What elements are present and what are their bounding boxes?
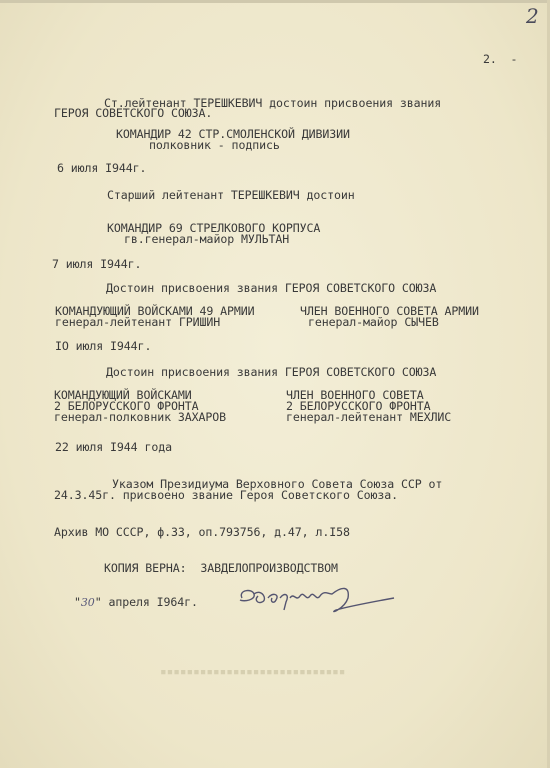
handwritten-signature — [232, 580, 402, 620]
copy-certified: КОПИЯ ВЕРНА: ЗАВДЕЛОПРОИЗВОДСТВОМ — [104, 562, 338, 575]
signature-block-3-left-name: генерал-лейтенант ГРИШИН — [55, 316, 220, 329]
archive-reference: Архив МО СССР, ф.33, оп.793756, д.47, л.… — [54, 526, 350, 539]
scan-top-edge — [0, 0, 550, 3]
signature-block-3-right-name: генерал-майор СЫЧЕВ — [308, 316, 439, 329]
copy-date-day-handwritten: 30 — [81, 596, 95, 609]
signature-block-4-right-name: генерал-лейтенант МЕХЛИС — [286, 411, 451, 424]
signature-block-2-name: гв.генерал-майор МУЛЬТАН — [124, 233, 289, 246]
date-4: 22 июля I944 года — [55, 441, 172, 454]
typed-page-number: 2. - — [483, 53, 517, 66]
copy-date-month-year: " апреля I964г. — [95, 595, 198, 609]
date-1: 6 июля I944г. — [57, 162, 146, 175]
archive-page-number: 2 — [526, 4, 539, 28]
bleedthrough-text: ▪▪▪▪▪▪▪▪▪▪▪▪▪▪▪▪▪▪▪▪▪▪▪▪▪▪▪▪ — [160, 665, 345, 678]
signature-block-1-name: полковник - подпись — [149, 139, 280, 152]
document-page: 2 2. - Ст.лейтенант ТЕРЕШКЕВИЧ достоин п… — [0, 0, 550, 768]
paragraph-1-line-2: ГЕРОЯ СОВЕТСКОГО СОЮЗА. — [54, 107, 212, 120]
decree-line-2: 24.3.45г. присвоено звание Героя Советск… — [54, 489, 398, 502]
copy-date-open-quote: " — [74, 595, 81, 609]
signature-block-4-left-name: генерал-полковник ЗАХАРОВ — [54, 411, 226, 424]
paragraph-2: Старший лейтенант ТЕРЕШКЕВИЧ достоин — [107, 189, 355, 202]
copy-date: "30" апреля I964г. — [74, 596, 198, 609]
date-2: 7 июля I944г. — [52, 258, 141, 271]
paragraph-3: Достоин присвоения звания ГЕРОЯ СОВЕТСКО… — [106, 282, 436, 295]
paragraph-4: Достоин присвоения звания ГЕРОЯ СОВЕТСКО… — [106, 366, 436, 379]
date-3: IO июля I944г. — [55, 340, 151, 353]
